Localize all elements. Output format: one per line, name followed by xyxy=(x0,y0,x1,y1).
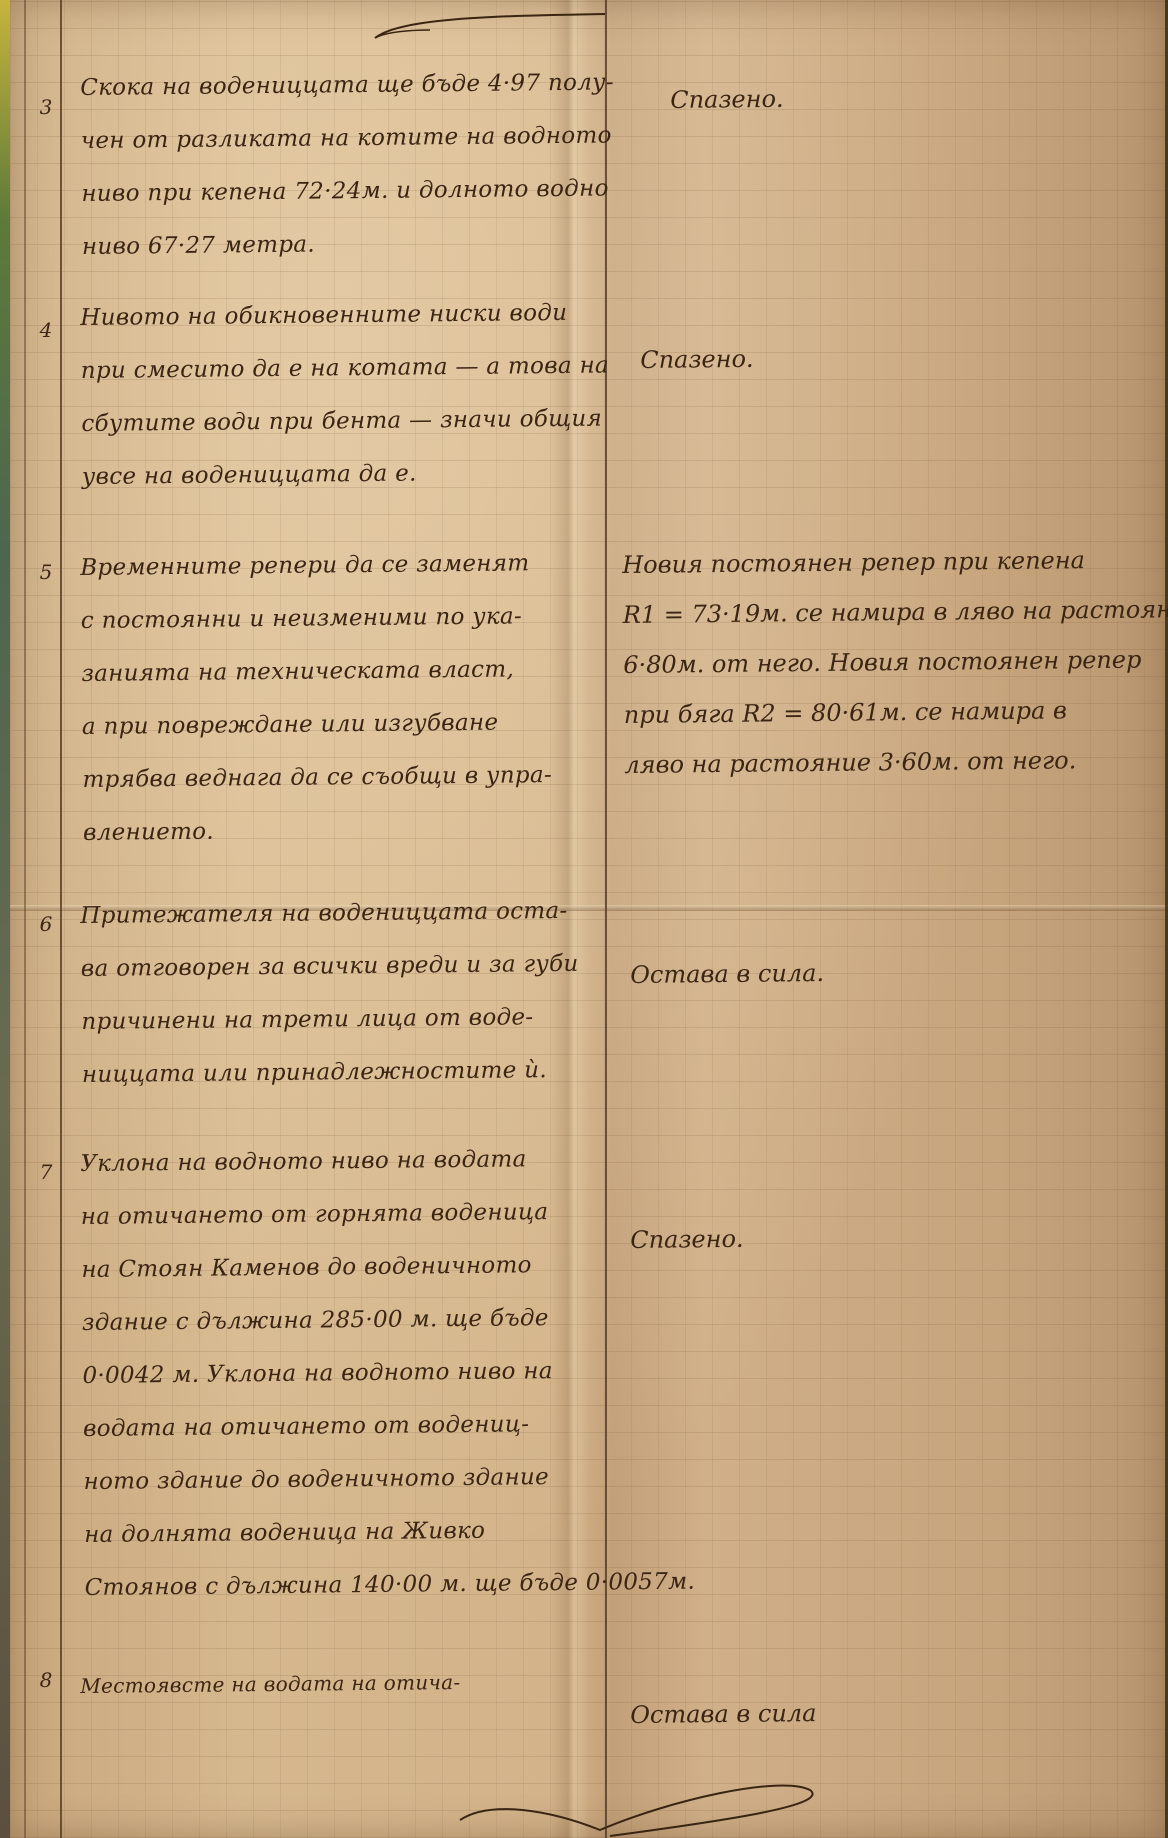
document-page: 3 Скока на водениццата ще бъде 4·97 полу… xyxy=(10,0,1168,1838)
status-cell-4: Спазено. xyxy=(640,329,1168,385)
status-cell-6: Остава в сила. xyxy=(630,944,1168,1000)
condition-cell-7: Уклона на водното ниво на водата на отич… xyxy=(80,1133,605,1615)
condition-line: сбутите води при бента — значи общия xyxy=(81,393,602,451)
condition-cell-3: Скока на водениццата ще бъде 4·97 полу- … xyxy=(80,57,602,274)
condition-line: при смесито да е на котата — а това на xyxy=(81,340,602,398)
condition-line: Временните репери да се заменят xyxy=(80,537,601,595)
condition-line: 0·0042 м. Уклона на водното ниво на xyxy=(82,1345,603,1403)
outer-margin-rule xyxy=(24,0,26,1838)
condition-line: Местоявсте на водата на отича- xyxy=(80,1655,601,1713)
status-line: Остава в сила. xyxy=(630,944,1168,1000)
status-line: Новия постоянен репер при кепена xyxy=(622,534,1162,590)
condition-line: Нивото на обикновенните ниски води xyxy=(80,287,601,345)
condition-line: на долнята воденица на Живко xyxy=(84,1504,605,1562)
condition-line: ниво при кепена 72·24м. и долното водно xyxy=(81,163,602,221)
condition-line: Уклона на водното ниво на водата xyxy=(80,1133,601,1191)
center-column-rule xyxy=(605,0,607,1838)
condition-line: а при повреждане или изгубване xyxy=(82,696,603,754)
condition-line: занията на техническата власт, xyxy=(81,643,602,701)
condition-line: ниво 67·27 метра. xyxy=(82,216,603,274)
status-line: при бяга R2 = 80·61м. се намира в xyxy=(624,684,1164,740)
row-number: 5 xyxy=(34,560,58,584)
condition-line: влението. xyxy=(83,802,604,860)
condition-line: ното здание до воденичното здание xyxy=(83,1451,604,1509)
condition-line: причинени на трети лица от воде- xyxy=(81,991,602,1049)
condition-line: здание с дължина 285·00 м. ще бъде xyxy=(82,1292,603,1350)
condition-line: на отичането от горнята воденица xyxy=(81,1186,602,1244)
condition-cell-8: Местоявсте на водата на отича- xyxy=(80,1655,601,1713)
condition-line: водата на отичането от водениц- xyxy=(83,1398,604,1456)
condition-line: на Стоян Каменов до воденичното xyxy=(81,1239,602,1297)
condition-line: Скока на водениццата ще бъде 4·97 полу- xyxy=(80,57,601,115)
status-line: Спазено. xyxy=(640,329,1168,385)
row-number: 4 xyxy=(34,318,58,342)
status-line: Спазено. xyxy=(670,69,1168,125)
condition-cell-4: Нивото на обикновенните ниски води при с… xyxy=(80,287,602,504)
status-cell-5: Новия постоянен репер при кепена R1 = 73… xyxy=(622,534,1165,790)
condition-line: ва отговорен за всички вреди и за губи xyxy=(81,938,602,996)
top-flourish-icon xyxy=(370,8,610,48)
row-number: 3 xyxy=(34,95,58,119)
status-line: R1 = 73·19м. се намира в ляво на растоян… xyxy=(623,584,1163,640)
status-cell-7: Спазено. xyxy=(630,1209,1168,1265)
status-cell-8: Остава в сила xyxy=(630,1684,1168,1740)
condition-line: Притежателя на водениццата оста- xyxy=(80,885,601,943)
status-line: 6·80м. от него. Новия постоянен репер xyxy=(623,634,1163,690)
condition-line: ниццата или принадлежностите ѝ. xyxy=(82,1044,603,1102)
row-number: 6 xyxy=(34,912,58,936)
condition-cell-5: Временните репери да се заменят с постоя… xyxy=(80,537,603,860)
condition-line: Стоянов с дължина 140·00 м. ще бъде 0·00… xyxy=(84,1557,605,1615)
condition-line: трябва веднага да се съобщи в упра- xyxy=(82,749,603,807)
status-line: Остава в сила xyxy=(630,1684,1168,1740)
status-cell-3: Спазено. xyxy=(670,69,1168,125)
row-number: 8 xyxy=(34,1668,58,1692)
status-line: ляво на растояние 3·60м. от него. xyxy=(624,734,1164,790)
bottom-flourish-icon xyxy=(450,1780,830,1838)
condition-cell-6: Притежателя на водениццата оста- ва отго… xyxy=(80,885,602,1102)
number-column-rule xyxy=(60,0,62,1838)
row-number: 7 xyxy=(34,1160,58,1184)
condition-line: чен от разликата на котите на водното xyxy=(81,110,602,168)
status-line: Спазено. xyxy=(630,1209,1168,1265)
condition-line: увсе на водениццата да е. xyxy=(82,446,603,504)
condition-line: с постоянни и неизменими по ука- xyxy=(81,590,602,648)
